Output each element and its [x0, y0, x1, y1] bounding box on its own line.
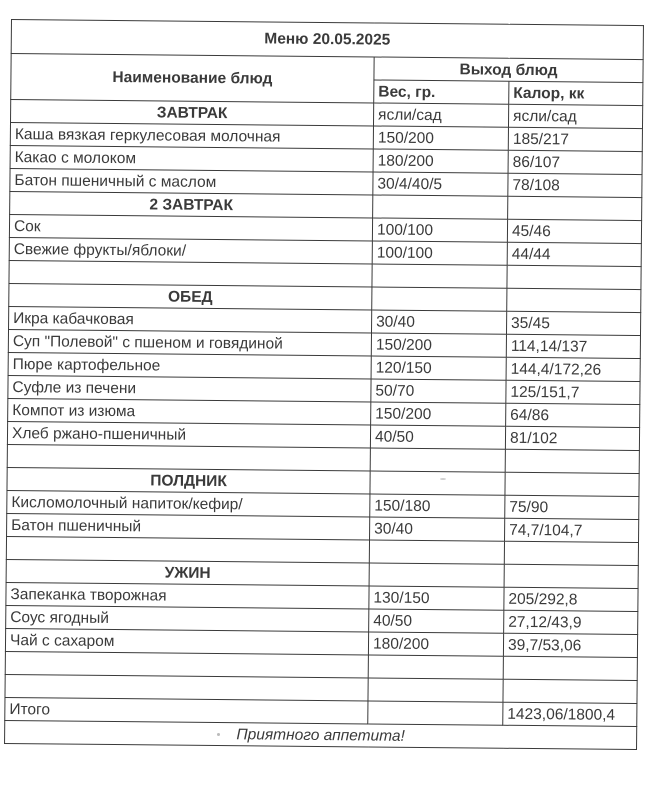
dish-weight: 100/100	[372, 218, 507, 242]
dish-calories: 114,14/137	[506, 334, 640, 358]
section-weight-note	[373, 195, 508, 219]
dish-weight: 150/200	[371, 333, 506, 357]
dish-weight	[370, 448, 505, 472]
dish-name	[5, 674, 368, 700]
dish-weight: 40/50	[370, 425, 505, 449]
dish-name: Кисломолочный напиток/кефир/	[7, 490, 370, 516]
dish-name: Свежие фрукты/яблоки/	[9, 237, 372, 263]
section-label: УЖИН	[6, 559, 369, 585]
dish-calories: 78/108	[508, 173, 642, 197]
calories-header: Калор, кк	[509, 81, 643, 105]
dish-weight: 30/4/40/5	[373, 172, 508, 196]
dish-weight: 40/50	[369, 609, 504, 633]
dish-name: Соус ягодный	[6, 605, 369, 631]
dish-calories: 35/45	[506, 311, 640, 335]
dish-name: Какао с молоком	[10, 145, 373, 171]
section-label: ПОЛДНИК	[7, 467, 370, 493]
dish-calories: 74,7/104,7	[505, 518, 639, 542]
dish-weight	[372, 264, 507, 288]
dish-name: Сок	[9, 214, 372, 240]
section-calories-note	[505, 472, 639, 496]
section-weight-note	[370, 471, 505, 495]
menu-table: Меню 20.05.2025 Наименование блюд Выход …	[4, 19, 644, 750]
dish-weight: 100/100	[372, 241, 507, 265]
dish-name	[7, 444, 370, 470]
header-row-1: Наименование блюд Выход блюд	[11, 54, 643, 83]
dish-calories: 45/46	[507, 219, 641, 243]
dish-name-header: Наименование блюд	[11, 54, 374, 103]
menu-sheet: Меню 20.05.2025 Наименование блюд Выход …	[4, 19, 643, 750]
weight-header: Вес, гр.	[374, 80, 509, 104]
section-calories-note	[504, 564, 638, 588]
dish-name: Хлеб ржано-пшеничный	[7, 421, 370, 447]
dish-name	[6, 536, 369, 562]
dish-name: Пюре картофельное	[8, 352, 371, 378]
dish-calories: 81/102	[505, 426, 639, 450]
dish-calories: 64/86	[506, 403, 640, 427]
dish-name: Суфле из печени	[8, 375, 371, 401]
dish-weight: 180/200	[368, 632, 503, 656]
dish-weight: 120/150	[371, 356, 506, 380]
dish-calories	[507, 265, 641, 289]
dish-calories: 125/151,7	[506, 380, 640, 404]
dish-name: Чай с сахаром	[5, 628, 368, 654]
dish-name: Икра кабачковая	[9, 306, 372, 332]
dish-calories: 39,7/53,06	[503, 633, 637, 657]
dish-name: Батон пшеничный с маслом	[10, 168, 373, 194]
section-weight-note	[369, 563, 504, 587]
dish-calories	[505, 449, 639, 473]
dish-calories: 205/292,8	[504, 587, 638, 611]
dish-weight	[368, 655, 503, 679]
output-header: Выход блюд	[374, 57, 643, 83]
section-weight-note: ясли/сад	[373, 103, 508, 127]
total-label: Итого	[5, 697, 368, 723]
section-calories-note	[507, 288, 641, 312]
dish-weight: 30/40	[372, 310, 507, 334]
paper-mark	[440, 478, 446, 480]
dish-name	[9, 260, 372, 286]
section-label: ОБЕД	[9, 283, 372, 309]
dish-weight: 150/200	[373, 126, 508, 150]
section-weight-note	[372, 287, 507, 311]
dish-calories: 75/90	[505, 495, 639, 519]
total-weight	[368, 701, 503, 725]
dish-weight	[368, 678, 503, 702]
dish-name: Каша вязкая геркулесовая молочная	[10, 123, 373, 149]
section-calories-note: ясли/сад	[508, 104, 642, 128]
dish-name: Суп "Полевой" с пшеном и говядиной	[8, 329, 371, 355]
section-calories-note	[508, 196, 642, 220]
dish-calories	[504, 541, 638, 565]
dish-weight	[369, 540, 504, 564]
dish-weight: 180/200	[373, 149, 508, 173]
paper-speck	[217, 733, 220, 736]
dish-calories: 86/107	[508, 150, 642, 174]
dish-calories: 44/44	[507, 242, 641, 266]
dish-name: Запеканка творожная	[6, 582, 369, 608]
dish-weight: 50/70	[371, 379, 506, 403]
dish-weight: 150/200	[371, 402, 506, 426]
dish-calories: 144,4/172,26	[506, 357, 640, 381]
dish-calories	[503, 679, 637, 703]
section-label: ЗАВТРАК	[11, 100, 374, 126]
dish-calories: 27,12/43,9	[504, 610, 638, 634]
dish-name: Компот из изюма	[8, 398, 371, 424]
dish-calories	[503, 656, 637, 680]
dish-name: Батон пшеничный	[7, 513, 370, 539]
total-calories: 1423,06/1800,4	[503, 702, 637, 726]
section-label: 2 ЗАВТРАК	[10, 191, 373, 217]
dish-weight: 130/150	[369, 586, 504, 610]
dish-weight: 150/180	[370, 494, 505, 518]
dish-weight: 30/40	[370, 517, 505, 541]
dish-calories: 185/217	[508, 127, 642, 151]
dish-name	[5, 651, 368, 677]
